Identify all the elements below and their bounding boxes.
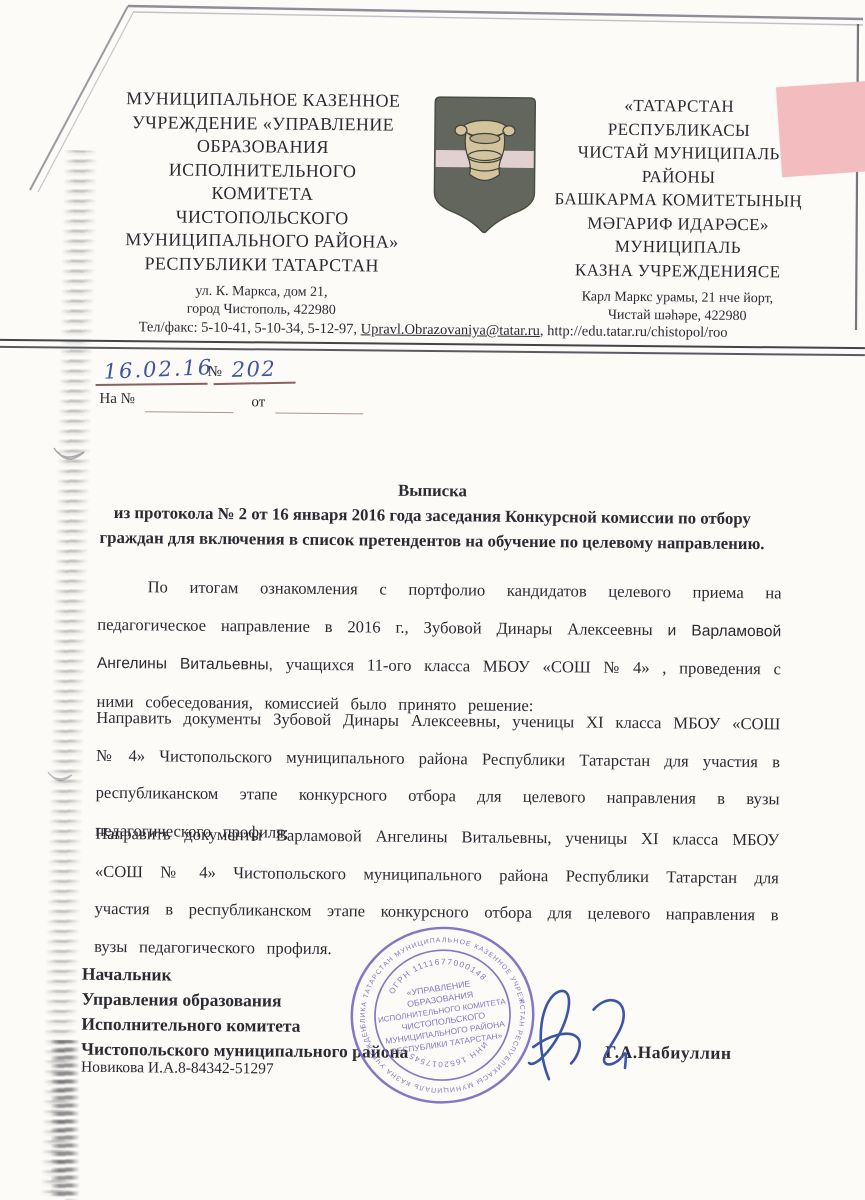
signer-name: Г.А.Набиуллин [605, 1042, 732, 1064]
org-line: ЧИСТОПОЛЬСКОГО [93, 204, 431, 231]
website-text: , http://edu.tatar.ru/chistopol/roo [540, 323, 728, 341]
org-line: РЕСПУБЛИКАСЫ [545, 117, 813, 143]
number-sign-label: № [208, 364, 222, 381]
org-line: КАЗНА УЧРЕЖДЕНИЯСЕ [544, 258, 812, 284]
telfax-text: Тел/факс: 5-10-41, 5-10-34, 5-12-97, [139, 319, 361, 337]
org-line: МУНИЦИПАЛЬ [544, 234, 812, 260]
title-subject: из протокола № 2 от 16 января 2016 года … [86, 500, 778, 557]
org-line: ЧИСТАЙ МУНИЦИПАЛЬ [545, 140, 813, 166]
org-name-tatar: «ТАТАРСТАН РЕСПУБЛИКАСЫ ЧИСТАЙ МУНИЦИПАЛ… [544, 93, 814, 284]
address-line: город Чистополь, 422980 [92, 299, 430, 320]
underline [275, 413, 363, 415]
org-line: МУНИЦИПАЛЬНОГО РАЙОНА» [93, 228, 431, 255]
reply-from-label: от [251, 394, 265, 411]
underline [96, 383, 208, 386]
document-sheet: МУНИЦИПАЛЬНОЕ КАЗЕННОЕ УЧРЕЖДЕНИЕ «УПРАВ… [0, 0, 865, 1200]
document-title: Выписка из протокола № 2 от 16 января 20… [86, 475, 779, 557]
handwritten-date: 16.02.16 [103, 355, 213, 384]
official-stamp: РЕСПУБЛИКА ТАТАРСТАН МУНИЦИПАЛЬНОЕ КАЗЕН… [335, 911, 550, 1119]
org-address-russian: ул. К. Маркса, дом 21, город Чистополь, … [92, 282, 430, 320]
reply-to-label: На № [99, 391, 135, 408]
org-line: МӘГАРИФ ИДАРӘСЕ» [544, 211, 812, 237]
handwritten-doc-number: 202 [231, 357, 276, 382]
underline [145, 411, 233, 413]
org-line: РАЙОНЫ [544, 164, 812, 190]
address-line: Карл Маркс урамы, 21 нче йорт, [543, 288, 811, 308]
org-line: «ТАТАРСТАН [545, 93, 813, 119]
underline [214, 382, 296, 385]
scanned-document-page: МУНИЦИПАЛЬНОЕ КАЗЕННОЕ УЧРЕЖДЕНИЕ «УПРАВ… [0, 0, 865, 1200]
org-line: УЧРЕЖДЕНИЕ «УПРАВЛЕНИЕ [94, 110, 432, 137]
org-name-russian: МУНИЦИПАЛЬНОЕ КАЗЕННОЕ УЧРЕЖДЕНИЕ «УПРАВ… [93, 87, 433, 278]
org-line: ОБРАЗОВАНИЯ [94, 134, 432, 161]
org-line: МУНИЦИПАЛЬНОЕ КАЗЕННОЕ [94, 87, 432, 114]
org-line: КОМИТЕТА [93, 181, 431, 208]
org-address-tatar: Карл Маркс урамы, 21 нче йорт, Чистай шә… [543, 288, 811, 326]
executor-contact: Новикова И.А.8-84342-51297 [81, 1059, 274, 1079]
coat-of-arms-icon [429, 94, 540, 237]
org-line: БАШКАРМА КОМИТЕТЫНЫҢ [544, 187, 812, 213]
email-text: Upravl.Obrazovaniya@tatar.ru [361, 321, 540, 339]
org-line: РЕСПУБЛИКИ ТАТАРСТАН [93, 251, 431, 278]
org-line: ИСПОЛНИТЕЛЬНОГО [94, 157, 432, 184]
